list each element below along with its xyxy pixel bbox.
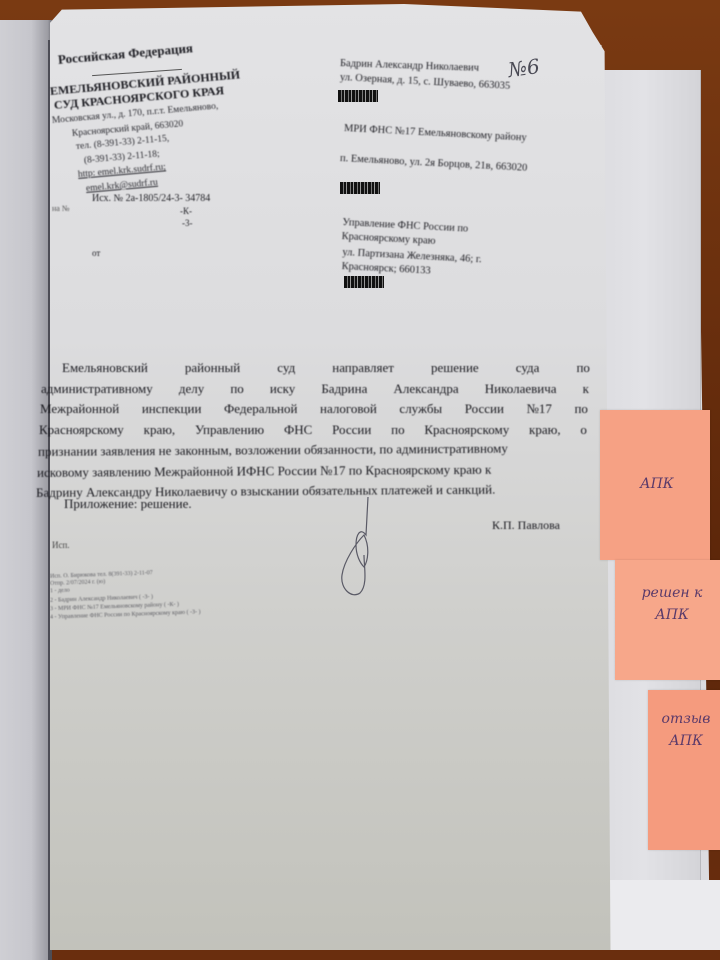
header-mark-3: -3-: [182, 218, 193, 228]
sticky-note-3: отзыв АПК: [648, 690, 720, 850]
sticky-note-1-text: АПК: [640, 476, 674, 492]
header-ref-number: Исх. № 2а-1805/24-3- 34784: [92, 193, 210, 204]
body-line: Красноярскомукраю,УправлениюФНСРоссиипоК…: [39, 422, 587, 438]
handwritten-signature: [330, 495, 390, 605]
header-left-mark: на №: [52, 204, 69, 213]
recipient-1-barcode: [338, 90, 378, 102]
footer-mark: Исп.: [52, 540, 70, 550]
handwritten-page-number: №6: [506, 54, 541, 82]
sticky-note-2-text: решен к АПК: [637, 582, 707, 626]
recipient-2-barcode: [340, 182, 380, 194]
recipient-3-barcode: [344, 276, 384, 288]
sticky-note-3-text: отзыв АПК: [656, 708, 716, 752]
body-line: административномуделупоискуБадринаАлекса…: [41, 381, 589, 397]
header-mark-k: -К-: [180, 206, 192, 216]
signatory-name: К.П. Павлова: [492, 518, 560, 533]
sticky-note-2: решен к АПК: [615, 560, 720, 680]
body-line: МежрайоннойинспекцииФедеральнойналоговой…: [40, 401, 588, 417]
body-line: исковому заявлению Межрайонной ИФНС Росс…: [37, 461, 585, 481]
header-date-label: от: [92, 248, 100, 258]
attachment-line: Приложение: решение.: [64, 496, 192, 512]
sticky-note-1: АПК: [600, 410, 710, 560]
body-line: Емельяновскийрайонныйсуднаправляетрешени…: [62, 360, 590, 376]
footer-line: 1 - дело: [50, 588, 70, 595]
